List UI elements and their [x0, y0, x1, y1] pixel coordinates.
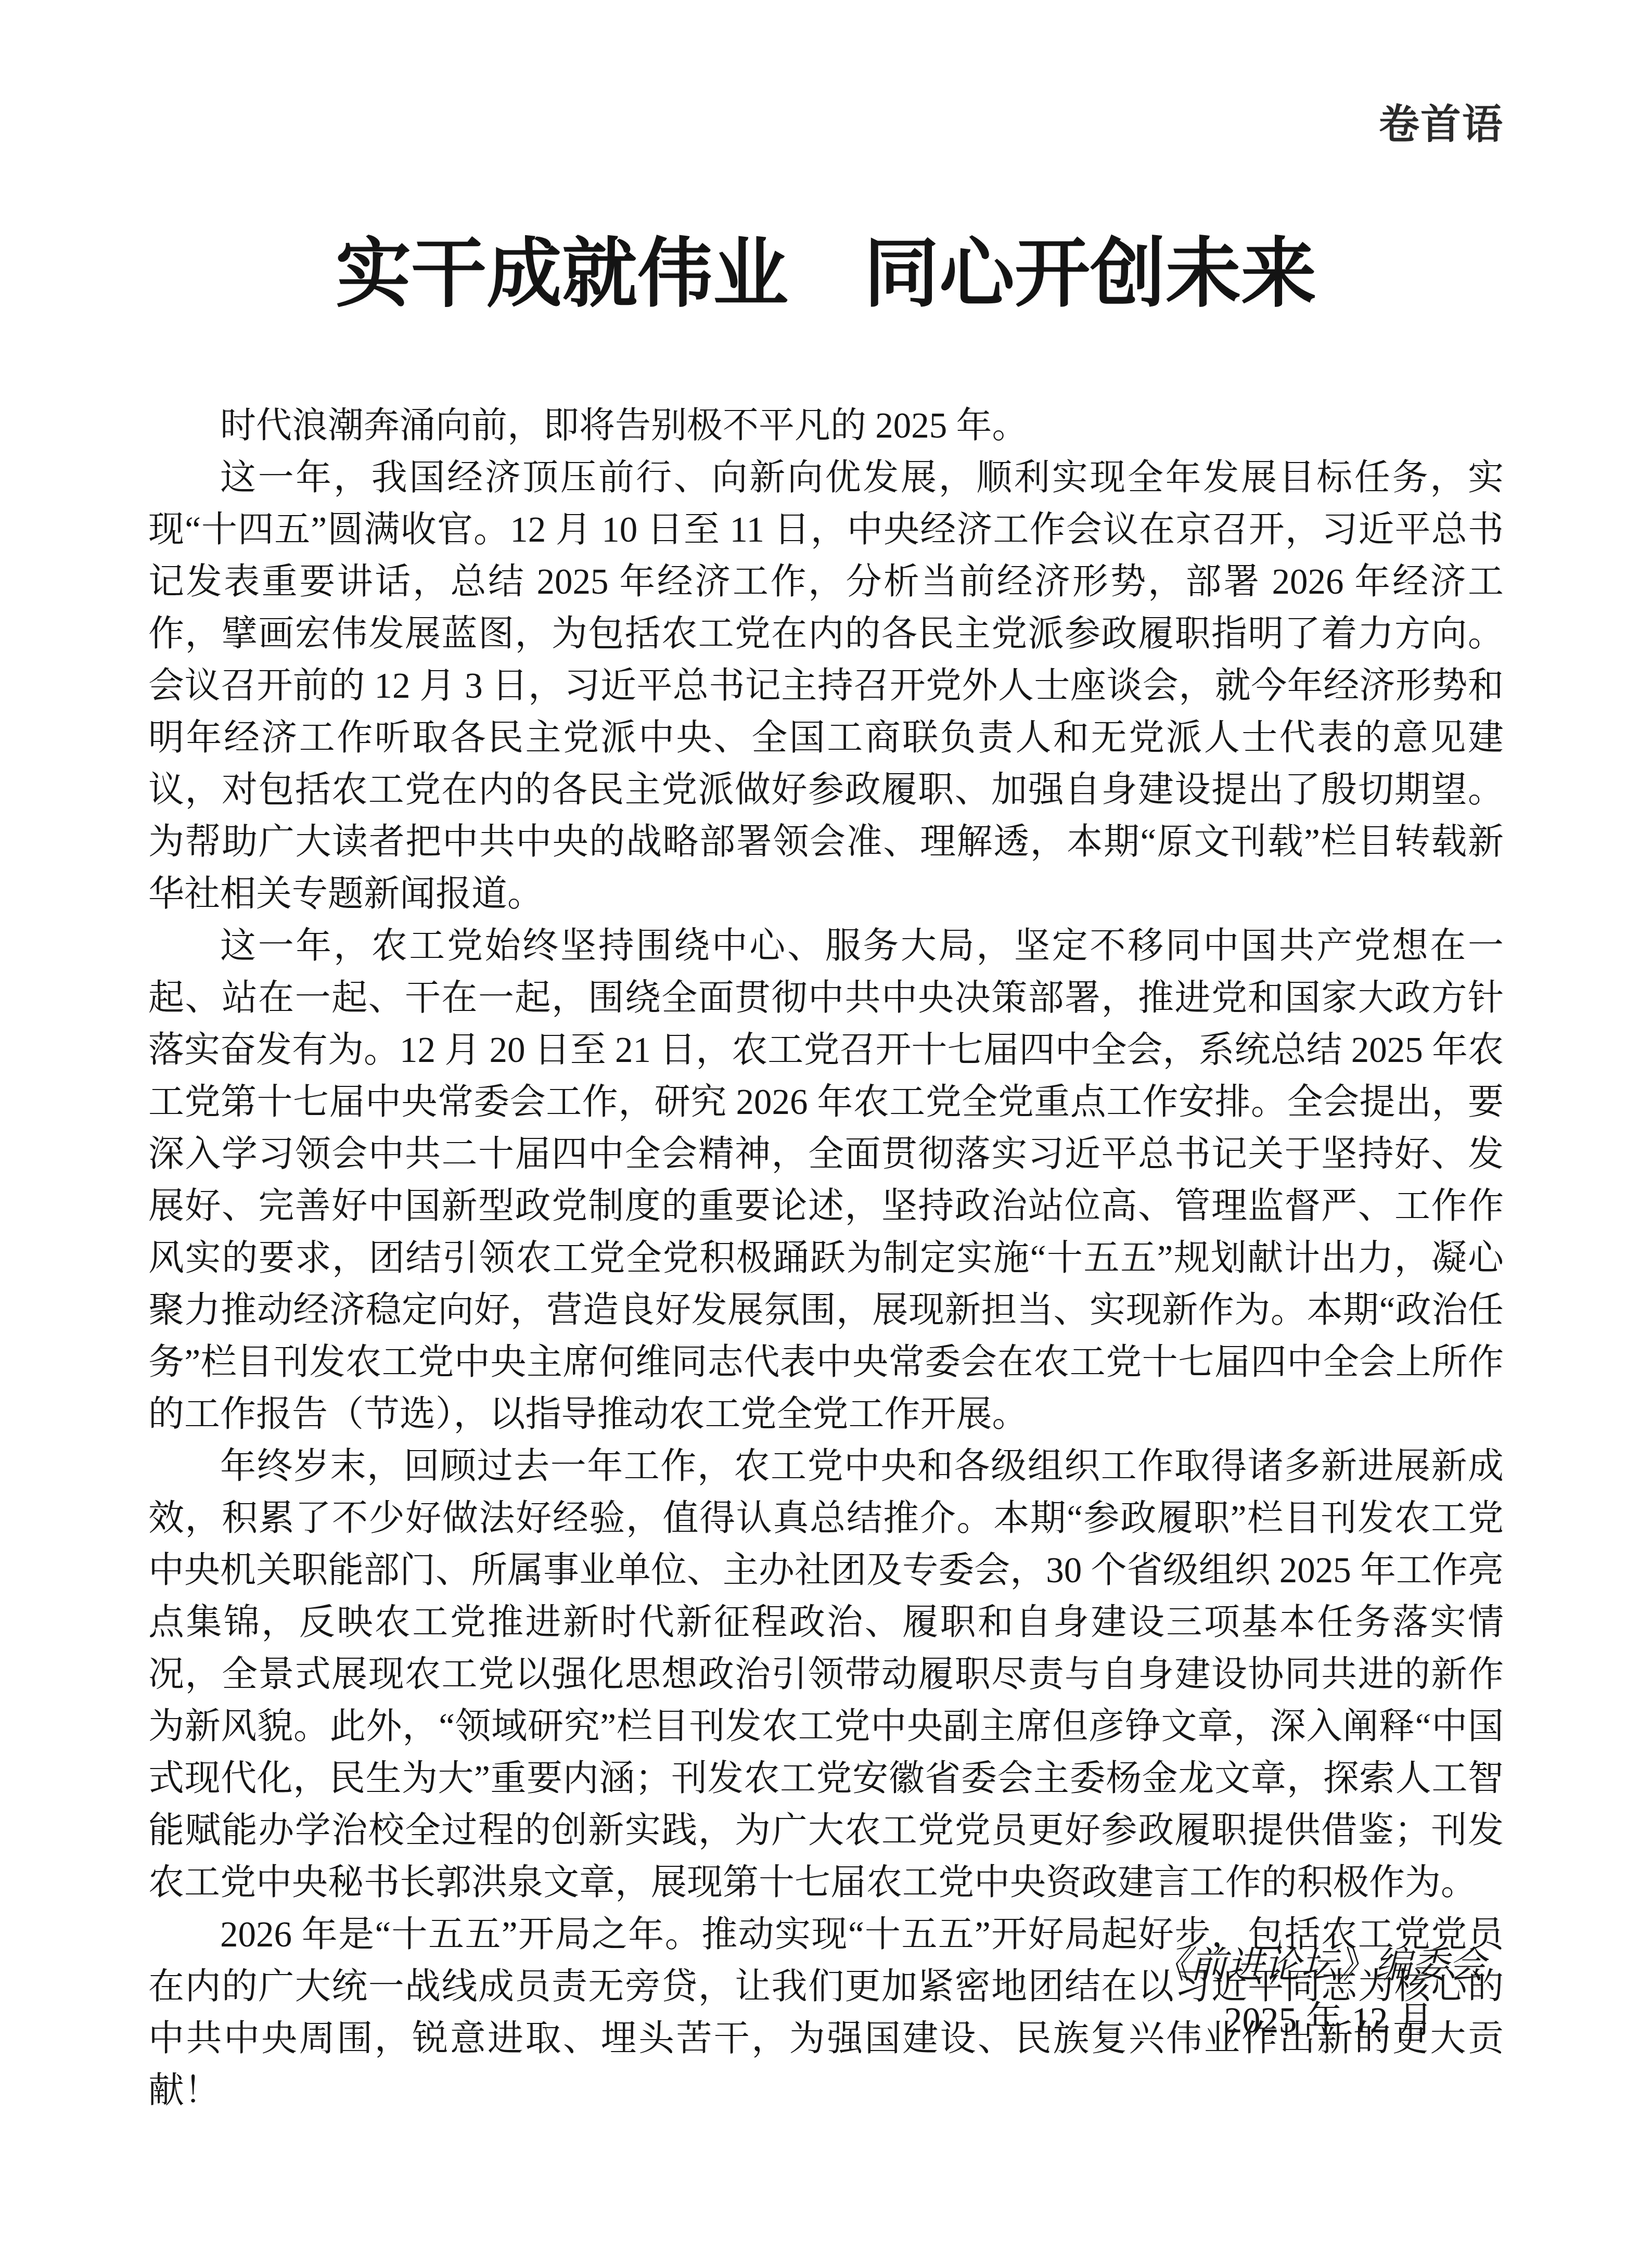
- editorial-board-signature: 《前进论坛》编委会: [148, 1940, 1504, 1992]
- paragraph-3: 这一年，农工党始终坚持围绕中心、服务大局，坚定不移同中国共产党想在一起、站在一起…: [148, 920, 1504, 1440]
- paragraph-4: 年终岁末，回顾过去一年工作，农工党中央和各级组织工作取得诸多新进展新成效，积累了…: [148, 1440, 1504, 1908]
- page-title: 实干成就伟业 同心开创未来: [0, 235, 1652, 314]
- article-body: 时代浪潮奔涌向前，即将告别极不平凡的 2025 年。 这一年，我国经济顶压前行、…: [148, 400, 1504, 2117]
- section-label: 卷首语: [1379, 104, 1504, 145]
- signature-block: 《前进论坛》编委会 2025 年 12 月: [148, 1940, 1504, 2050]
- paragraph-2: 这一年，我国经济顶压前行、向新向优发展，顺利实现全年发展目标任务，实现“十四五”…: [148, 452, 1504, 920]
- signature-date: 2025 年 12 月: [148, 1992, 1504, 2050]
- paragraph-1: 时代浪潮奔涌向前，即将告别极不平凡的 2025 年。: [148, 400, 1504, 452]
- magazine-foreword-page: 卷首语 实干成就伟业 同心开创未来 时代浪潮奔涌向前，即将告别极不平凡的 202…: [0, 0, 1652, 2242]
